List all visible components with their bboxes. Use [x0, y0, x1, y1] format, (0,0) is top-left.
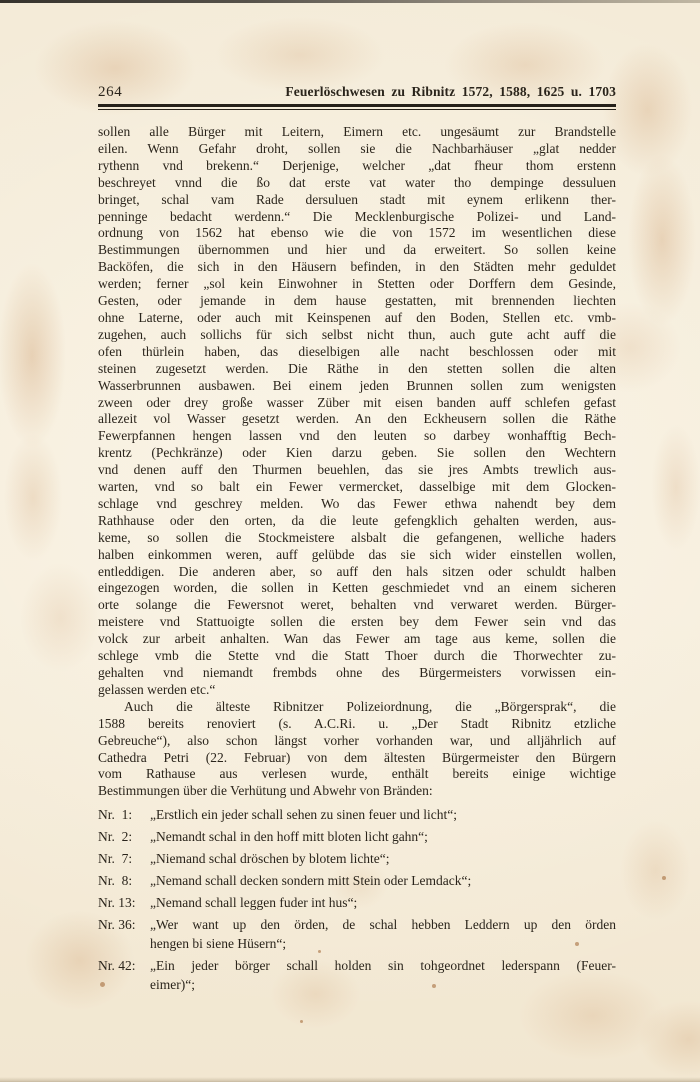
regulation-item: Nr. 36: „Wer want up den örden, de schal…	[98, 915, 616, 953]
text-line: gehalten vnd niemandt frembds ohne des B…	[98, 665, 616, 682]
page-header: 264 Feuerlöschwesen zu Ribnitz 1572, 158…	[98, 84, 616, 101]
regulation-number: Nr. 7:	[98, 849, 150, 868]
text-line: ofen thürlein haben, das dieselbigen all…	[98, 344, 616, 361]
text-line: penninge bedacht werdenn.“ Die Mecklenbu…	[98, 209, 616, 226]
text-line: zween oder drey große wasser Züber mit e…	[98, 395, 616, 412]
text-line: Backöfen, die sich in den Häusern befind…	[98, 259, 616, 276]
text-line: Bestimmungen über die Verhütung und Abwe…	[98, 783, 616, 800]
regulation-text: „Wer want up den örden, de schal hebben …	[150, 915, 616, 953]
text-line: hengen bi siene Hüsern“;	[150, 934, 616, 953]
text-line: steinen zugesetzt werden. Die Räthe in d…	[98, 361, 616, 378]
text-line: „Nemandt schal in den hoff mitt bloten l…	[150, 827, 616, 846]
text-line: rythenn vnd brekenn.“ Derjenige, welcher…	[98, 158, 616, 175]
text-line: orte solange die Fewersnot weret, behalt…	[98, 597, 616, 614]
regulation-number: Nr. 42:	[98, 956, 150, 994]
regulations-list: Nr. 1: „Erstlich ein jeder schall sehen …	[98, 805, 616, 994]
text-line: Wasserbrunnen ausbawen. Bei einem jeden …	[98, 378, 616, 395]
text-line: „Erstlich ein jeder schall sehen zu sine…	[150, 805, 616, 824]
foxing-stain	[0, 258, 68, 453]
regulation-number: Nr. 8:	[98, 871, 150, 890]
regulation-text: „Erstlich ein jeder schall sehen zu sine…	[150, 805, 616, 824]
text-line: gelassen werden etc.“	[98, 682, 616, 699]
text-line: vnd denen auff den Thurmen beuehlen, das…	[98, 462, 616, 479]
regulation-item: Nr. 1: „Erstlich ein jeder schall sehen …	[98, 805, 616, 824]
regulation-item: Nr. 13: „Nemand schall leggen fuder int …	[98, 893, 616, 912]
text-line: halben einkommen weren, auff gelübde das…	[98, 547, 616, 564]
text-line: werden; ferner „sol kein Einwohner in St…	[98, 276, 616, 293]
text-line: 1588 bereits renoviert (s. A.C.Ri. u. „D…	[98, 716, 616, 733]
text-line: beschreyet vnnd die ßo dat erste vat wat…	[98, 175, 616, 192]
text-line: eingezogen worden, die sollen in Ketten …	[98, 580, 616, 597]
regulation-text: „Nemandt schal in den hoff mitt bloten l…	[150, 827, 616, 846]
text-line: warten, vnd so balt ein Fewer vermercket…	[98, 479, 616, 496]
foxing-stain	[650, 420, 700, 555]
scanned-book-page: 264 Feuerlöschwesen zu Ribnitz 1572, 158…	[0, 0, 700, 1082]
text-line: „Nemand schall decken sondern mitt Stein…	[150, 871, 616, 890]
text-line: sollen alle Bürger mit Leitern, Eimern e…	[98, 124, 616, 141]
paragraph-1: sollen alle Bürger mit Leitern, Eimern e…	[98, 124, 616, 699]
text-line: eimer)“;	[150, 975, 616, 994]
regulation-item: Nr. 7: „Niemand schal dröschen by blotem…	[98, 849, 616, 868]
text-line: vom Rathause aus verlesen wurde, enthält…	[98, 766, 616, 783]
foxing-stain	[18, 560, 103, 675]
text-line: ordnung von 1562 hat ebenso wie die von …	[98, 225, 616, 242]
paragraph-2: Auch die älteste Ribnitzer Polizeiordnun…	[98, 699, 616, 800]
text-line: „Nemand schall leggen fuder int hus“;	[150, 893, 616, 912]
text-line: Rathhause oder den orten, da die leute g…	[98, 513, 616, 530]
regulation-text: „Niemand schal dröschen by blotem lichte…	[150, 849, 616, 868]
text-line: schlage vnd geschrey melden. Wo das Fewe…	[98, 496, 616, 513]
text-line: zugehen, auch sollichs für sich selbst n…	[98, 327, 616, 344]
text-line: keme, so sollen die Stockmeistere alsbal…	[98, 530, 616, 547]
text-line: Bestimmungen übernommen und hier und da …	[98, 242, 616, 259]
foxing-stain	[2, 430, 64, 565]
foxing-stain	[636, 998, 700, 1080]
text-line: krentz (Pechkränze) oder Kien darzu gebe…	[98, 445, 616, 462]
text-line: Fewerpfannen hengen lassen vnd den leute…	[98, 428, 616, 445]
page-content: 264 Feuerlöschwesen zu Ribnitz 1572, 158…	[98, 84, 616, 997]
text-line: Auch die älteste Ribnitzer Polizeiordnun…	[98, 699, 616, 716]
regulation-number: Nr. 2:	[98, 827, 150, 846]
foxing-stain	[210, 15, 390, 95]
header-rule	[98, 104, 616, 110]
foxing-stain	[618, 818, 693, 923]
regulation-item: Nr. 8: „Nemand schall decken sondern mit…	[98, 871, 616, 890]
text-line: entleddigen. Die anderen aber, so auff d…	[98, 564, 616, 581]
ink-speck	[662, 876, 666, 880]
text-line: Gebreuche“), also schon längst vorher vo…	[98, 733, 616, 750]
regulation-item: Nr. 42: „Ein jeder börger schall holden …	[98, 956, 616, 994]
page-body: sollen alle Bürger mit Leitern, Eimern e…	[98, 124, 616, 994]
text-line: Cathedra Petri (22. Februar) von dem ält…	[98, 750, 616, 767]
ink-speck	[300, 1020, 303, 1023]
regulation-number: Nr. 1:	[98, 805, 150, 824]
scan-top-edge	[0, 0, 700, 3]
page-number: 264	[98, 84, 122, 101]
regulation-number: Nr. 13:	[98, 893, 150, 912]
text-line: schlege vmb die Stette vnd die Statt Tho…	[98, 648, 616, 665]
text-line: allezeit vol Wasser gesetzt werden. An d…	[98, 411, 616, 428]
regulation-text: „Ein jeder börger schall holden sin tohg…	[150, 956, 616, 994]
regulation-item: Nr. 2: „Nemandt schal in den hoff mitt b…	[98, 827, 616, 846]
foxing-stain	[626, 150, 698, 330]
text-line: volck zur arbeit anhalten. Wan das Fewer…	[98, 631, 616, 648]
text-line: „Ein jeder börger schall holden sin tohg…	[150, 956, 616, 975]
text-line: „Niemand schal dröschen by blotem lichte…	[150, 849, 616, 868]
scan-bottom-edge	[0, 1077, 700, 1082]
text-line: bringet, schal vam Rade dersuluen stadt …	[98, 192, 616, 209]
text-line: eilen. Wenn Gefahr droht, sollen sie die…	[98, 141, 616, 158]
text-line: „Wer want up den örden, de schal hebben …	[150, 915, 616, 934]
text-line: meistere vnd Stattuoigte sollen die erst…	[98, 614, 616, 631]
running-title: Feuerlöschwesen zu Ribnitz 1572, 1588, 1…	[285, 84, 616, 100]
regulation-text: „Nemand schall decken sondern mitt Stein…	[150, 871, 616, 890]
regulation-text: „Nemand schall leggen fuder int hus“;	[150, 893, 616, 912]
text-line: Gesten, oder jemande in dem hause gestat…	[98, 293, 616, 310]
regulation-number: Nr. 36:	[98, 915, 150, 953]
text-line: ohne Laterne, oder auch mit Keinspenen a…	[98, 310, 616, 327]
